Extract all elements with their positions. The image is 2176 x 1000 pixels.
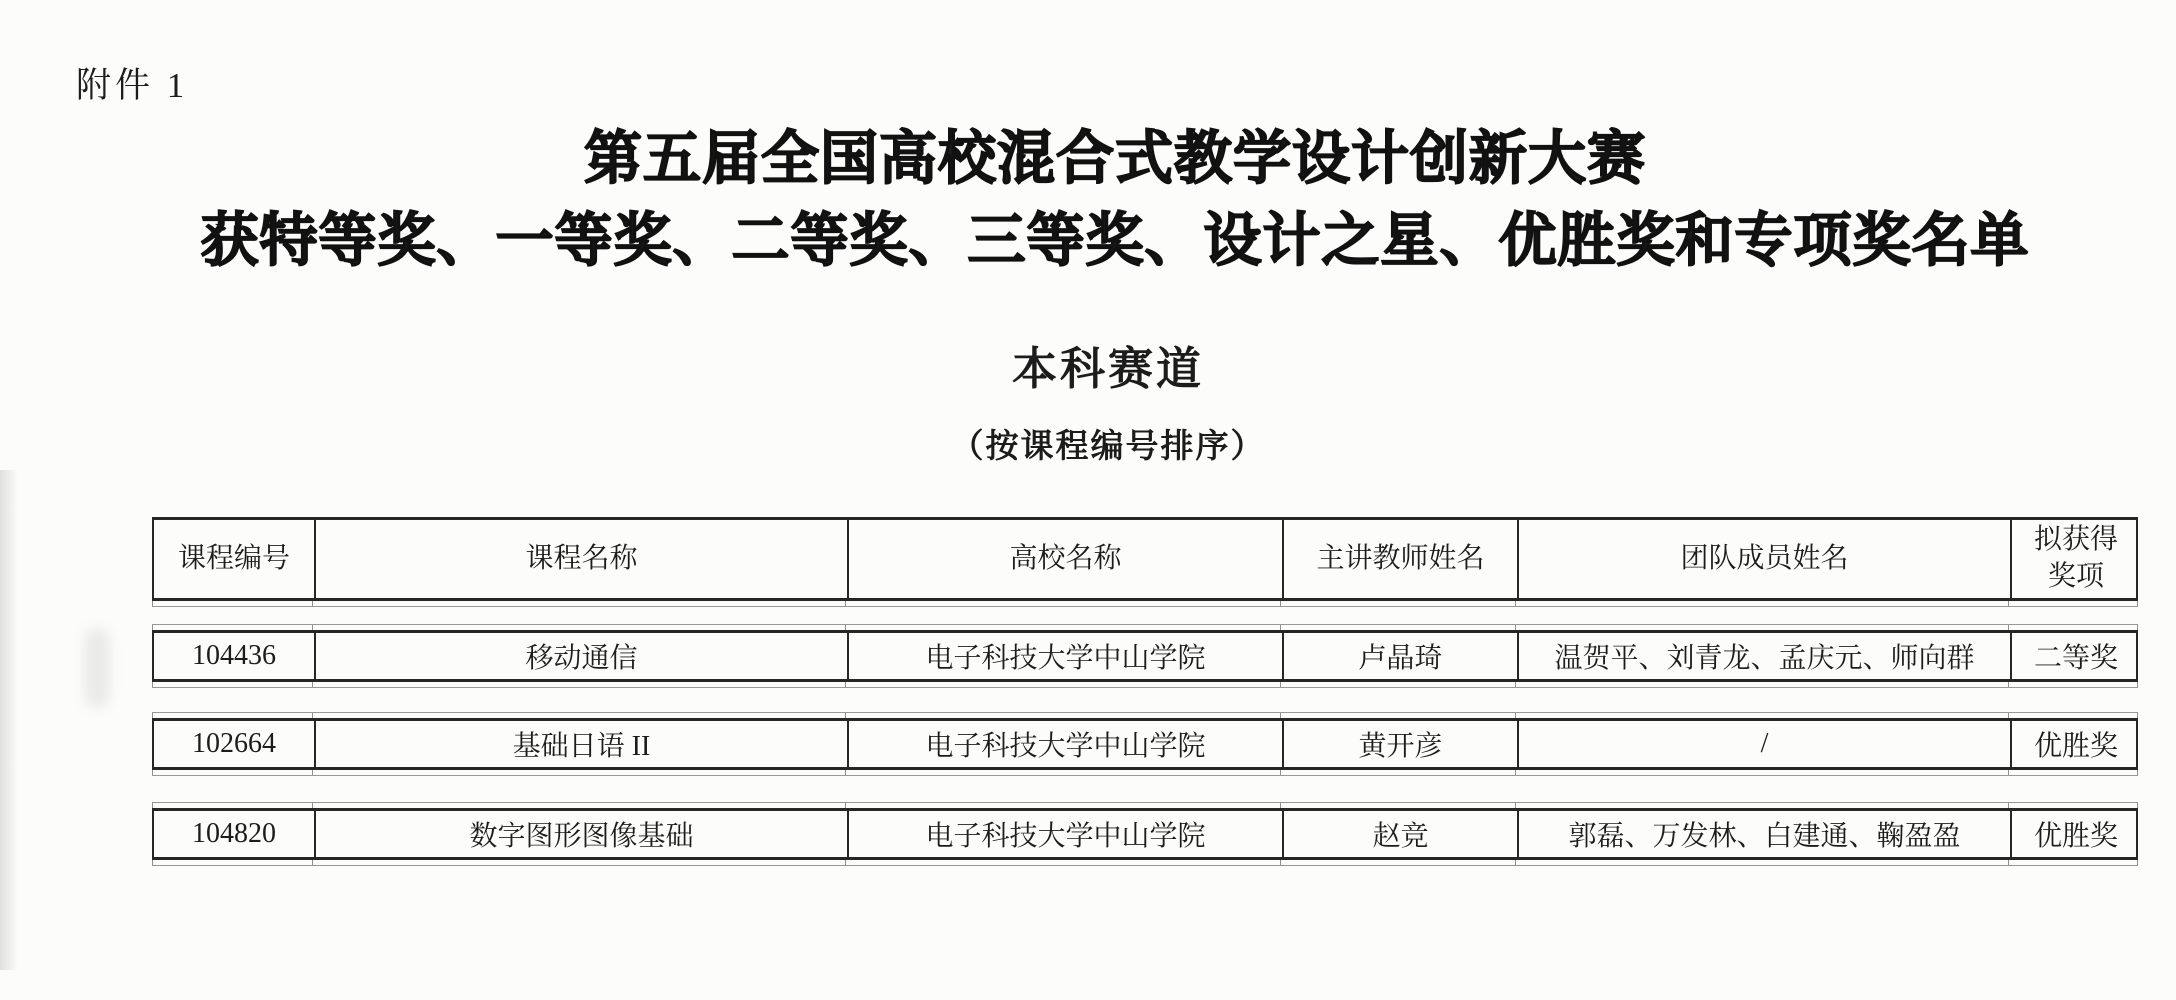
title-line-2: 获特等奖、一等奖、二等奖、三等奖、设计之星、优胜奖和专项奖名单 <box>54 200 2176 282</box>
document-title: 第五届全国高校混合式教学设计创新大赛 获特等奖、一等奖、二等奖、三等奖、设计之星… <box>0 118 2176 283</box>
header-award-line-2: 奖项 <box>2048 559 2104 596</box>
table-header-row: 课程编号 课程名称 高校名称 主讲教师姓名 团队成员姓名 拟获得 奖项 <box>152 517 2138 607</box>
cell-course-id: 102664 <box>154 721 314 767</box>
header-university: 高校名称 <box>847 520 1282 598</box>
table-divider-ticks <box>152 712 2138 718</box>
cell-team-members: / <box>1517 721 2010 767</box>
cell-team-members: 温贺平、刘青龙、孟庆元、师向群 <box>1517 633 2010 679</box>
award-table: 课程编号 课程名称 高校名称 主讲教师姓名 团队成员姓名 拟获得 奖项 <box>152 517 2138 866</box>
table-divider-ticks <box>152 802 2138 808</box>
table-row: 102664 基础日语 II 电子科技大学中山学院 黄开彦 / 优胜奖 <box>152 712 2138 776</box>
header-award-line-1: 拟获得 <box>2034 522 2118 559</box>
document-page: 附件 1 第五届全国高校混合式教学设计创新大赛 获特等奖、一等奖、二等奖、三等奖… <box>0 0 2176 1000</box>
table-divider-ticks <box>152 860 2138 866</box>
cell-course-name: 移动通信 <box>314 633 847 679</box>
table-divider-ticks <box>152 682 2138 688</box>
cell-university: 电子科技大学中山学院 <box>847 633 1282 679</box>
cell-university: 电子科技大学中山学院 <box>847 811 1282 857</box>
header-team-members: 团队成员姓名 <box>1517 520 2010 598</box>
attachment-label: 附件 1 <box>76 58 188 108</box>
cell-award: 二等奖 <box>2010 633 2140 679</box>
header-course-id: 课程编号 <box>154 520 314 598</box>
cell-lead-teacher: 卢晶琦 <box>1282 633 1517 679</box>
track-heading: 本科赛道 <box>0 332 2176 397</box>
cell-university: 电子科技大学中山学院 <box>847 721 1282 767</box>
cell-course-id: 104436 <box>154 633 314 679</box>
table-divider-ticks <box>152 624 2138 630</box>
scan-artifact-smudge <box>84 628 110 708</box>
cell-award: 优胜奖 <box>2010 811 2140 857</box>
cell-lead-teacher: 黄开彦 <box>1282 721 1517 767</box>
cell-course-id: 104820 <box>154 811 314 857</box>
table-divider-ticks <box>152 770 2138 776</box>
scan-artifact-left-edge <box>0 470 18 970</box>
table-row: 104436 移动通信 电子科技大学中山学院 卢晶琦 温贺平、刘青龙、孟庆元、师… <box>152 624 2138 688</box>
header-award: 拟获得 奖项 <box>2010 520 2140 598</box>
cell-course-name: 数字图形图像基础 <box>314 811 847 857</box>
table-row: 104820 数字图形图像基础 电子科技大学中山学院 赵竞 郭磊、万发林、白建通… <box>152 802 2138 866</box>
cell-course-name: 基础日语 II <box>314 721 847 767</box>
table-divider-ticks <box>152 601 2138 607</box>
cell-lead-teacher: 赵竞 <box>1282 811 1517 857</box>
header-lead-teacher: 主讲教师姓名 <box>1282 520 1517 598</box>
header-course-name: 课程名称 <box>314 520 847 598</box>
cell-award: 优胜奖 <box>2010 721 2140 767</box>
cell-team-members: 郭磊、万发林、白建通、鞠盈盈 <box>1517 811 2010 857</box>
title-line-1: 第五届全国高校混合式教学设计创新大赛 <box>54 118 2176 200</box>
sort-order-note: （按课程编号排序） <box>0 420 2176 467</box>
